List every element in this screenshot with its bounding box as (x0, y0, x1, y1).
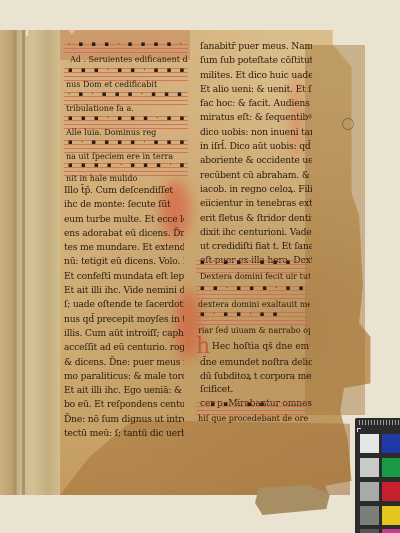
color-patch-yellow (382, 506, 400, 525)
chant-lyric: nus Dom et cedificabit (66, 80, 186, 89)
text-line: Et ait illi ihc. Vide nemini dixeris: (64, 284, 184, 298)
text-line: miratus eſt: & ſequentibꝰ ſe dixit. Amē (200, 111, 312, 125)
library-stamp-icon (342, 118, 354, 130)
neumes: · ▪ · ▪ ▪ ▪ · ▪ ▪ ▪ (68, 90, 184, 98)
text-line: & dicens. D̄ne: puer meus iacet in do (64, 356, 184, 370)
chant-lyric: riar ſed uiuam & narrabo opera (198, 326, 310, 335)
gutter-tear (26, 28, 28, 36)
neumes: ▪ · ▪ ▪ · ▪ ▪ (200, 310, 304, 318)
text-line: Et alio ueni: & uenit. Et ſeruo meo (200, 83, 312, 97)
text-line: tectū meū: ſ; tantū dic uerbo. & (64, 427, 184, 441)
gutter-crease (22, 30, 25, 495)
scale-ruler (359, 420, 400, 425)
text-line: ſ; uade oſtende te ſacerdoti. ⁊ offer mu (64, 298, 184, 312)
text-line: ſum ſub poteſtate cōſtitut9 habens ſub m… (200, 54, 312, 68)
text-line: mo paraliticus: & male torquetur. (64, 370, 184, 384)
color-patch-red (382, 482, 400, 501)
color-calibration-chart (355, 418, 400, 533)
neumes: ▪ ▪ ▪ · ▪ ▪ · ▪ ▪ ▪ (68, 66, 184, 74)
chant-lyric: Hec hoſtia qs̄ d̄ne emundet (212, 342, 310, 352)
chant-lyric: dextera domini exaltauit me non mo (198, 300, 310, 309)
text-line: milites. Et dico huic uade: & uadit. (200, 69, 312, 83)
text-line: ſcificet. (200, 383, 312, 397)
text-line: Et confeſtī mundata eſt lepra eī. (64, 270, 184, 284)
left-column-text: Illo t̄p̄. Cum deſcendiſſet ihc de monte… (64, 184, 184, 441)
text-line: ſanabitr̄ puer meus. Nam & ego hō (200, 40, 312, 54)
chant-staff: · ▪ ▪ ▪ · ▪ ▪ ▪ ▪ · ▪ (64, 40, 188, 56)
text-line: erit fletus & ſtridor dentium. Et (200, 212, 312, 226)
text-line: recūbent cū abraham. & yſaac & (200, 169, 312, 183)
corner-marker (357, 428, 361, 432)
text-line: nū: tetigit eū dicens. Volo. Mundare. (64, 255, 184, 269)
neumes: · ▪ ▪ · ▪ ▪ (200, 400, 304, 408)
chant-staff: ▪ ▪ · ▪ ▪ ▪ · ▪ ▪ (196, 284, 308, 300)
text-line: nus qd̄ precepit moyſes in teſtimoniū (64, 313, 184, 327)
neumes: ▪ · ▪ ▪ ▪ ▪ · ▪ ▪ ▪ ▪ (68, 138, 184, 146)
neumes: ▪ · ▪ ▪ · ▪ ▪ ▪ (200, 258, 304, 266)
text-line: dū ſubditoꝝ t corpora mentesq; (200, 370, 312, 384)
text-line: iacob. in regno celoꝝ. Filii aūt regni (200, 183, 312, 197)
text-line: ihc de monte: ſecute ſūt (64, 198, 184, 212)
text-line: eum turbe multe. Et ecce lepſus ueni (64, 213, 184, 227)
color-patch-light-gray (360, 458, 379, 477)
right-column-text: ſanabitr̄ puer meus. Nam & ego hō ſum ſu… (200, 40, 312, 269)
neumes: ▪ ▪ ▪ ▪ · ▪ ▪ ▪ · ▪ ▪ (68, 161, 184, 169)
text-line: acceſſit ad eū centurio. rogans eū (64, 341, 184, 355)
color-patch-blue (382, 434, 400, 453)
text-line: dico uobis: non inueni tantā fidem (200, 126, 312, 140)
color-patch-dark-gray (360, 506, 379, 525)
chant-lyric: tribulatione fa a. (66, 104, 186, 113)
chant-staff: ▪ · ▪ ▪ · ▪ ▪ (196, 310, 308, 326)
neumes: ▪ ▪ ▪ · ▪ ▪ ▪ · ▪ ▪ (68, 114, 184, 122)
text-line: ens adorabat eū dicens. D̄ne ſi uiſ po (64, 227, 184, 241)
text-line: Illo t̄p̄. Cum deſcendiſſet (64, 184, 184, 198)
text-line: fac hoc: & facit. Audiens aūt ihc (200, 97, 312, 111)
text-line: bo eū. Et reſpondens centurio: ait. (64, 398, 184, 412)
damaged-right-margin (305, 45, 365, 415)
color-patch-magenta (382, 529, 400, 533)
text-line: tes me mundare. Et extendens ihc ma (64, 241, 184, 255)
text-line: eiicientur in tenebras exteriores. Ibi (200, 197, 312, 211)
text-line: D̄ne: nō ſum dignus ut intres ſub (64, 413, 184, 427)
text-line: illis. Cum aūt introiſſ; capharnaum: (64, 327, 184, 341)
chant-lyric: Ad . Seruientes edificanent domu (70, 55, 188, 64)
binding-gutter (0, 30, 60, 495)
chant-lyric: Dextera domini fecit uir tutem (200, 272, 310, 281)
color-patch-mid-gray (360, 482, 379, 501)
text-line: dixit ihc centurioni. Vade & ſic (200, 226, 312, 240)
text-line: aboriente & occidente uenient. & (200, 154, 312, 168)
text-line: in iſrl̄. Dico aūt uobis: qd̄ multi (200, 140, 312, 154)
neumes: · ▪ ▪ ▪ · ▪ ▪ ▪ ▪ · ▪ (68, 40, 184, 48)
text-line: Et ait illi ihc. Ego ueniā: & cura (64, 384, 184, 398)
neumes: ▪ ▪ · ▪ ▪ ▪ · ▪ ▪ (200, 284, 304, 292)
color-patch-charcoal (360, 529, 379, 533)
chant-lyric: Alle luia. Dominus reg (66, 128, 186, 137)
text-line: d̄ne emundet noſtra delicta. & ſacrifici… (200, 356, 312, 370)
text-line: ut credidiſti fiat t. Et ſanatus (200, 240, 312, 254)
chant-lyric: nit in hale mulido (66, 174, 186, 183)
torn-fragment (255, 485, 330, 515)
color-patch-white (360, 434, 379, 453)
chant-lyric: na uit ſpeciem ere in terra (66, 152, 186, 161)
color-patch-green (382, 458, 400, 477)
manuscript-photo: · ▪ ▪ ▪ · ▪ ▪ ▪ ▪ · ▪ Ad . Seruientes ed… (0, 0, 400, 533)
text-line: hiſ que procedebant de ore dei. (198, 414, 310, 423)
